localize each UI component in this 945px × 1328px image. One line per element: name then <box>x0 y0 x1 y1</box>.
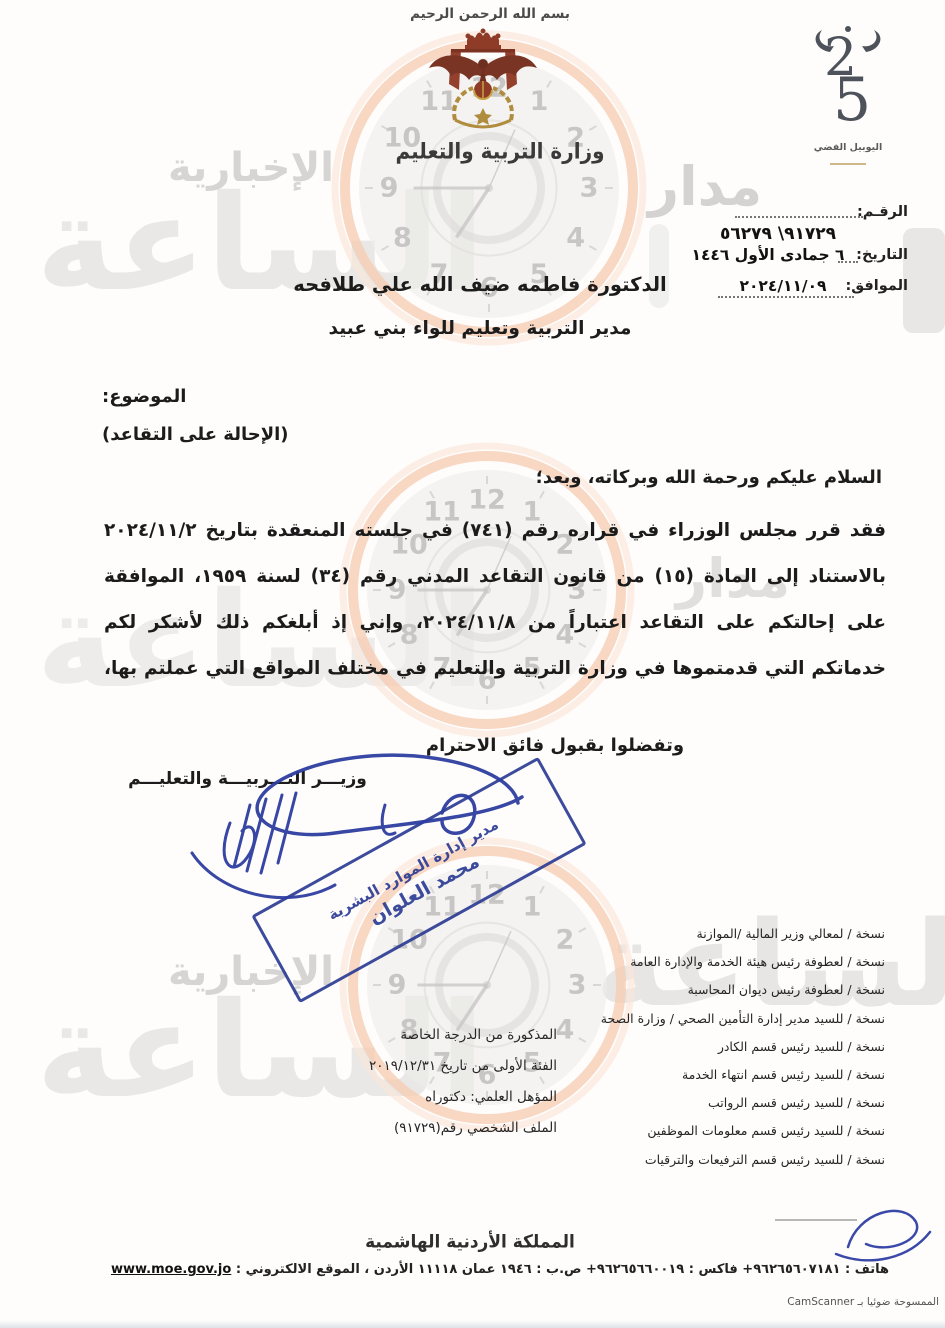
cc-item: نسخة / للسيد رئيس قسم معلومات الموظفين <box>555 1117 885 1145</box>
cc-item: نسخة / لعطوفة رئيس هيئة الخدمة والإدارة … <box>555 948 885 976</box>
note-line: الفئة الأولى من تاريخ ٢٠١٩/١٢/٣١ <box>287 1051 557 1082</box>
ref-date-label: التاريخ: <box>856 247 908 263</box>
footer-contact-text: هاتف : ٩٦٢٦٥٦٠٧١٨١+ فاكس : ٩٦٢٦٥٦٦٠٠١٩+ … <box>231 1262 889 1277</box>
minister-signature-ink <box>130 735 550 935</box>
jubilee-digit-5: 5 <box>833 70 871 130</box>
cc-item: نسخة / للسيد رئيس قسم الترفيعات والترقيا… <box>555 1146 885 1174</box>
scanned-letter-page: مدارالإخباريةالساعةمدارالساعةالإخباريةال… <box>0 0 945 1328</box>
note-line: المذكورة من الدرجة الخاصة <box>287 1020 557 1051</box>
footer-contact-line: هاتف : ٩٦٢٦٥٦٠٧١٨١+ فاكس : ٩٦٢٦٥٦٦٠٠١٩+ … <box>100 1262 889 1277</box>
pen-initial-mark <box>828 1192 938 1267</box>
cc-item: نسخة / للسيد رئيس قسم الكادر <box>555 1033 885 1061</box>
cc-item: نسخة / للسيد مدير إدارة التأمين الصحي / … <box>555 1005 885 1033</box>
cc-item: نسخة / للسيد رئيس قسم الرواتب <box>555 1089 885 1117</box>
cc-item: نسخة / للسيد رئيس قسم انتهاء الخدمة <box>555 1061 885 1089</box>
ministry-website-link: www.moe.gov.jo <box>111 1262 231 1277</box>
ref-gregorian-value: ٢٠٢٤/١١/٠٩ <box>712 277 854 295</box>
silver-jubilee-25-logo: 2 5 اليوبيل الفضي <box>800 22 896 182</box>
notes-block: المذكورة من الدرجة الخاصةالفئة الأولى من… <box>287 1020 557 1144</box>
subject-label: الموضوع: <box>102 386 186 407</box>
letter-body: فقد قرر مجلس الوزراء في قراره رقم (٧٤١) … <box>104 508 886 688</box>
ministry-name-calligraphy: وزارة التربية والتعليم <box>390 138 610 164</box>
dotted-leader <box>718 296 854 298</box>
addressee-title: مدير التربية وتعليم للواء بني عبيد <box>240 318 720 339</box>
bismillah-calligraphy: بسم الله الرحمن الرحيم <box>380 6 600 22</box>
cc-list: نسخة / لمعالي وزير المالية /الموازنةنسخة… <box>555 920 885 1174</box>
jubilee-divider <box>830 163 866 165</box>
ref-gregorian-label: الموافق: <box>845 278 908 294</box>
ref-date-value: ٦ جمادى الأول ١٤٤٦ <box>678 246 858 264</box>
jordan-coat-of-arms-icon <box>421 24 545 136</box>
kingdom-calligraphy: المملكة الأردنية الهاشمية <box>330 1231 610 1252</box>
addressee-name: الدكتورة فاطمه ضيف الله علي طلافحه <box>240 273 720 296</box>
cc-item: نسخة / لعطوفة رئيس ديوان المحاسبة <box>555 976 885 1004</box>
greeting-line: السلام عليكم ورحمة الله وبركاته، وبعد؛ <box>330 467 882 488</box>
note-line: الملف الشخصي رقم(٩١٧٢٩) <box>287 1113 557 1144</box>
dotted-leader <box>735 216 863 218</box>
cc-item: نسخة / لمعالي وزير المالية /الموازنة <box>555 920 885 948</box>
jubilee-label: اليوبيل الفضي <box>800 142 896 153</box>
subject-value: (الإحالة على التقاعد) <box>102 424 289 445</box>
ref-number-label: الرقـم: <box>857 204 908 220</box>
camscanner-caption: الممسوحة ضوئيا بـ CamScanner <box>787 1296 939 1308</box>
scan-bottom-edge <box>0 1320 945 1328</box>
note-line: المؤهل العلمي: دكتوراه <box>287 1082 557 1113</box>
ref-number-value: ٩١٧٢٩\ ٥٦٢٧٩ <box>690 224 866 244</box>
